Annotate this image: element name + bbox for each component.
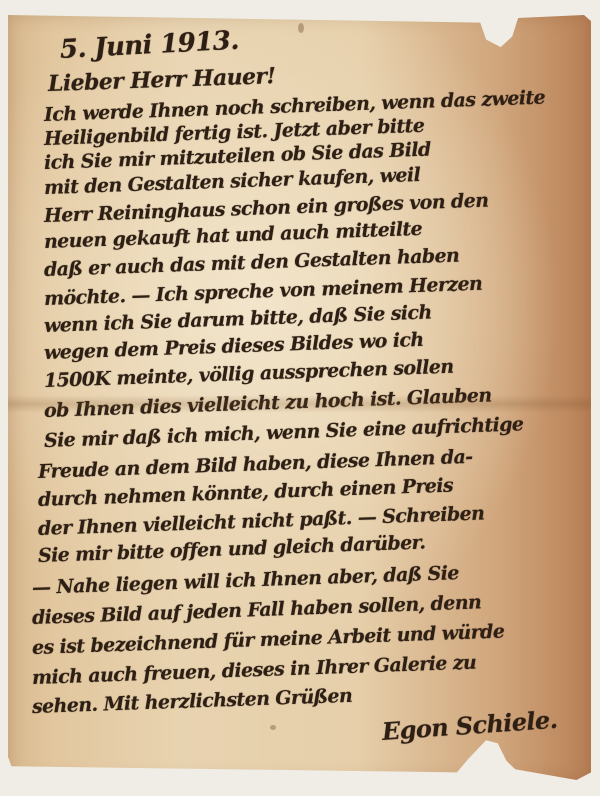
letter-salutation: Lieber Herr Hauer! (48, 63, 276, 97)
ink-blot (270, 725, 276, 730)
letter-line: sehen. Mit herzlichsten Grüßen (32, 685, 353, 718)
letter-signature: Egon Schiele. (381, 705, 558, 746)
ink-blot (298, 23, 304, 33)
letter-date: 5. Juni 1913. (59, 26, 239, 65)
scan-background: 5. Juni 1913. Lieber Herr Hauer! Ich wer… (0, 0, 600, 796)
letter-line: mich auch freuen, dieses in Ihrer Galeri… (32, 651, 477, 688)
letter-paper: 5. Juni 1913. Lieber Herr Hauer! Ich wer… (8, 15, 591, 780)
